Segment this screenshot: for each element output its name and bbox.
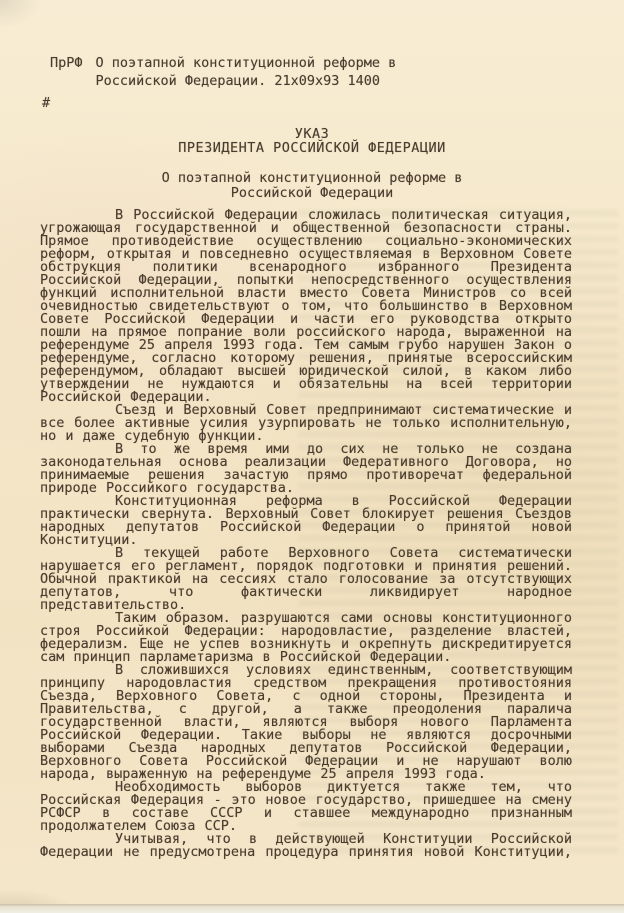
decree-body: В Российской Федерации сложилась политич… <box>40 209 572 859</box>
decree-title-line-2: Российской Федерации <box>0 186 624 201</box>
paragraph: В сложившихся условиях единственным, соо… <box>40 664 572 781</box>
decree-title: О поэтапной конституционной реформе в Ро… <box>0 171 624 201</box>
annotation-text: О поэтапной конституционной реформе в Ро… <box>96 54 397 90</box>
annotation-code: ПрРФ <box>50 54 83 90</box>
paragraph: Учитывая, что в действующей Конституции … <box>40 833 572 859</box>
paragraph: В то же время ими до сих не только не со… <box>40 443 572 495</box>
paragraph: Съезд и Верховный Совет предпринимают си… <box>40 404 572 443</box>
decree-type: УКАЗ <box>0 127 624 141</box>
annotation-block: ПрРФ О поэтапной конституционной реформе… <box>0 0 624 112</box>
page-bottom-edge <box>0 904 624 913</box>
paragraph: Конституционная реформа в Российской Фед… <box>40 495 572 547</box>
paragraph: Таким образом. разрушаются сами основы к… <box>40 612 572 664</box>
annotation-row: ПрРФ О поэтапной конституционной реформе… <box>40 54 624 90</box>
decree-title-line-1: О поэтапной конституционной реформе в <box>0 171 624 186</box>
paragraph: Необходимость выборов диктуется также те… <box>40 781 572 833</box>
annotation-line-2: Российской Федерации. 21х09х93 1400 <box>96 73 380 89</box>
paragraph: В текущей работе Верховного Совета систе… <box>40 547 572 612</box>
hash-mark: # <box>42 94 624 112</box>
scanned-decree-page: ПрРФ О поэтапной конституционной реформе… <box>0 0 624 913</box>
decree-issuer: ПРЕЗИДЕНТА РОССИЙСКОЙ ФЕДЕРАЦИИ <box>0 141 624 155</box>
decree-heading: УКАЗ ПРЕЗИДЕНТА РОССИЙСКОЙ ФЕДЕРАЦИИ <box>0 127 624 155</box>
annotation-line-1: О поэтапной конституционной реформе в <box>96 55 397 71</box>
paragraph: В Российской Федерации сложилась политич… <box>40 209 572 404</box>
